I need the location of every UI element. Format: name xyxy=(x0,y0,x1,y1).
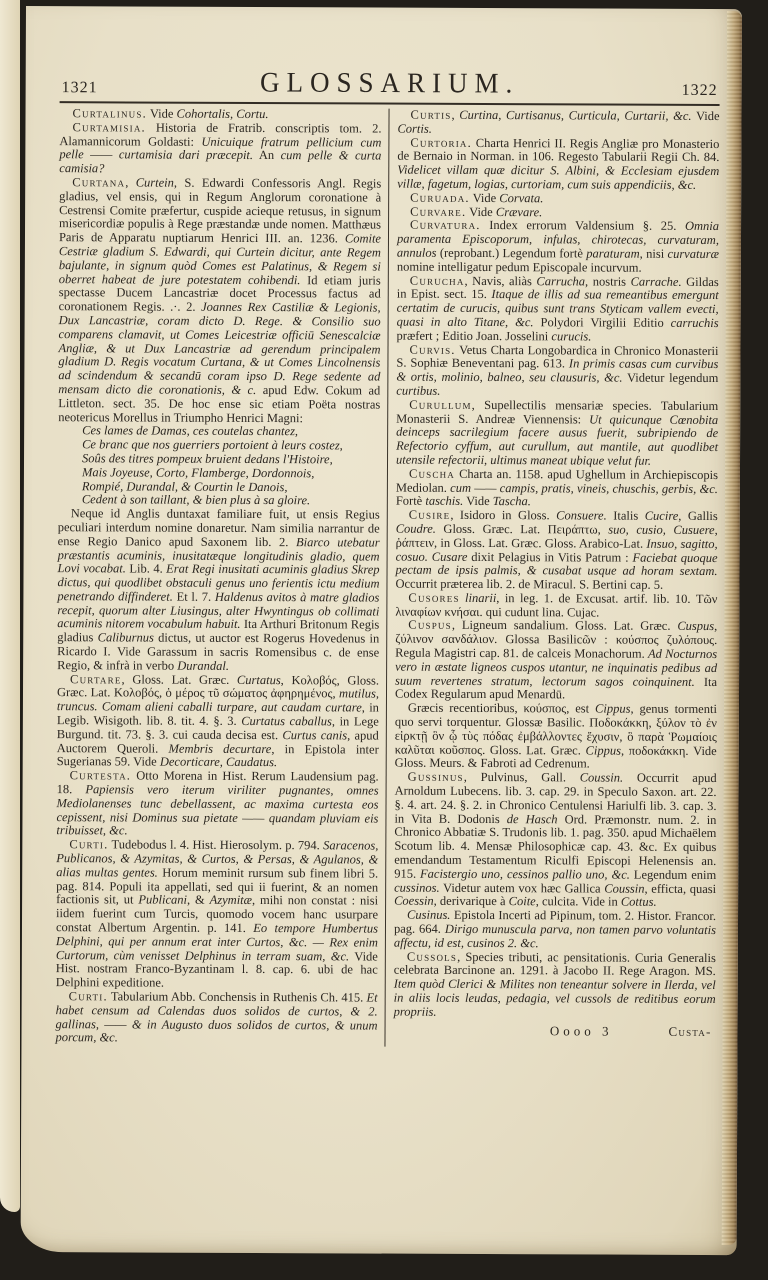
glossary-entry: Curtana, Curtein, S. Edwardi Confessoris… xyxy=(58,176,381,426)
glossary-entry: Curtoria. Charta Henrici II. Regis Angli… xyxy=(397,136,719,193)
glossary-entry: Curtamisia. Historia de Fratrib. conscri… xyxy=(59,121,381,178)
running-title: GLOSSARIUM. xyxy=(260,66,519,100)
glossary-entry: Cusire, Isidoro in Gloss. Consuere. Ital… xyxy=(395,509,717,593)
book-page: 1321 GLOSSARIUM. 1322 Curtalinus. Vide C… xyxy=(21,6,742,1255)
gathering-signature: Oooo 3 xyxy=(550,1024,613,1038)
glossary-entry: Gussinus, Pulvinus, Gall. Coussin. Occur… xyxy=(394,771,717,910)
glossary-entry: Cusores linarii, in leg. 1. de Excusat. … xyxy=(395,592,717,621)
glossary-entry: Cuspus, Ligneum sandalium. Gloss. Lat. G… xyxy=(395,619,717,703)
glossary-entry: Cussols, Species tributi, ac pensitation… xyxy=(394,950,716,1020)
page-content: 1321 GLOSSARIUM. 1322 Curtalinus. Vide C… xyxy=(55,66,719,1048)
left-column: Curtalinus. Vide Cohortalis, Cortu.Curta… xyxy=(55,107,388,1047)
glossary-entry: Curullum, Supellectilis mensariæ species… xyxy=(396,398,718,468)
glossary-entry: Curvis. Vetus Charta Longobardica in Chr… xyxy=(396,343,718,400)
right-column: Curtis, Curtina, Curtisanus, Curticula, … xyxy=(384,109,719,1049)
glossary-entry: Curti. Tabularium Abb. Conchensis in Rut… xyxy=(55,990,377,1047)
glossary-entry: Curucha, Navis, aliàs Carrucha, nostris … xyxy=(397,274,719,344)
glossary-entry: Cusinus. Epistola Incerti ad Pipinum, to… xyxy=(394,909,716,952)
page-header: 1321 GLOSSARIUM. 1322 xyxy=(60,66,720,103)
right-page-number: 1322 xyxy=(682,82,718,100)
glossary-entry: Curti. Tudebodus l. 4. Hist. Hierosolym.… xyxy=(56,838,379,991)
glossary-entry: Neque id Anglis duntaxat familiare fuit,… xyxy=(57,507,380,674)
page-footer: Oooo 3Custa- xyxy=(394,1023,716,1038)
verse-block: Ces lames de Damas, ces coutelas chantez… xyxy=(82,425,380,509)
catchword: Custa- xyxy=(669,1024,712,1038)
glossary-entry: Curtare, Gloss. Lat. Græc. Curtatus, Κολ… xyxy=(57,673,379,771)
glossary-entry: Græcis recentioribus, κούσπος, est Cippu… xyxy=(395,702,717,772)
left-page-number: 1321 xyxy=(62,79,98,97)
book-fore-edge xyxy=(722,11,742,1245)
glossary-entry: Curtis, Curtina, Curtisanus, Curticula, … xyxy=(397,109,719,138)
glossary-entry: Curvatura. Index errorum Valdensium §. 2… xyxy=(397,219,719,276)
glossary-entry: Cuscha Charta an. 1158. apud Ughellum in… xyxy=(396,467,718,510)
text-columns: Curtalinus. Vide Cohortalis, Cortu.Curta… xyxy=(55,107,719,1048)
adjacent-page-edge xyxy=(0,0,20,1212)
glossary-entry: Curtesta. Otto Morena in Hist. Rerum Lau… xyxy=(56,769,378,839)
